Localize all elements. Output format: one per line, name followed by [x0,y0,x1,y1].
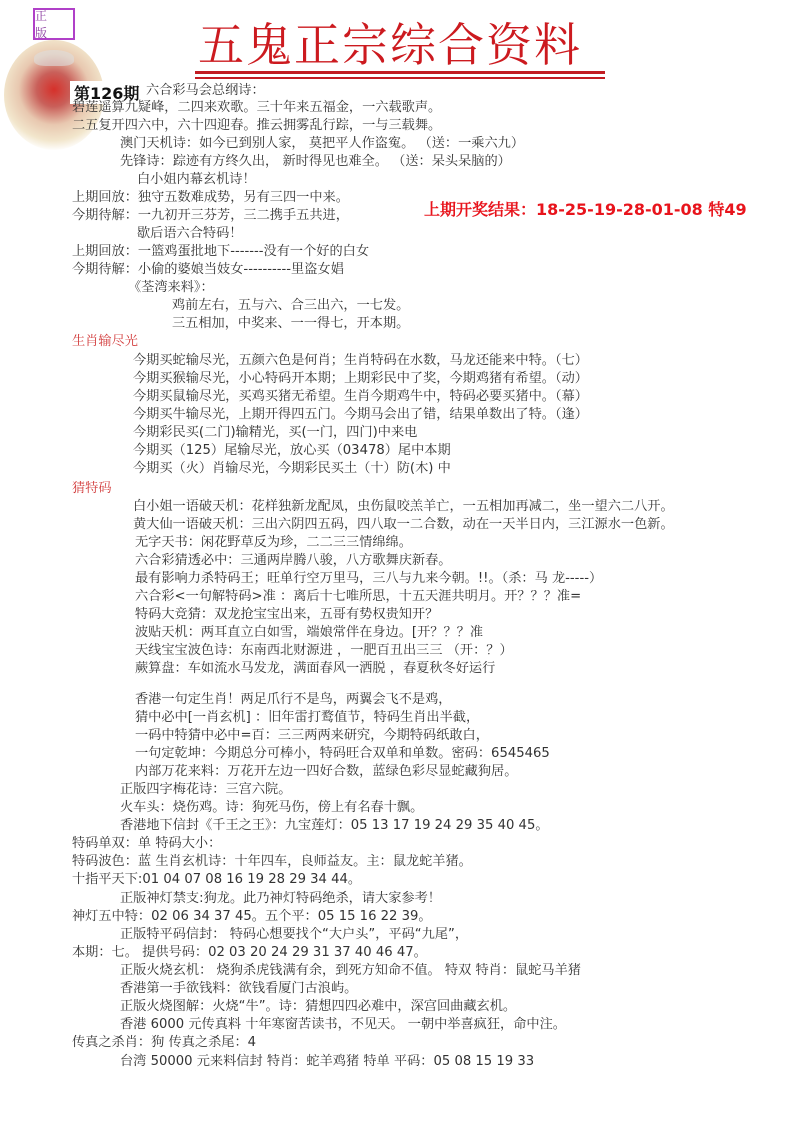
text-line: 最有影响力杀特码王；旺单行空万里马，三八与九来今朝。!!。（杀：马 龙-----… [135,570,602,588]
text-line: 十指平天下:01 04 07 08 16 19 28 29 34 44。 [72,871,361,889]
text-line: 一句定乾坤：今期总分可棒小，特码旺合双单和单数。密码：6545465 [135,745,550,763]
text-line: 今期彩民买(二门)输精光，买(一门，四门)中来电 [133,424,417,442]
title-underline [195,71,605,74]
text-line: 三五相加，中奖来、一一得七，开本期。 [172,315,409,333]
text-line: 六合彩马会总纲诗： [146,82,265,100]
text-line: 今期待解：一九初开三芬芳，三二携手五共进， [72,207,349,225]
text-line: 今期买（125）尾输尽光，放心买（03478）尾中本期 [133,442,451,460]
text-line: 今期待解：小偷的婆娘当妓女----------里盗女娼 [72,261,344,279]
text-line: 波贴天机：两耳直立白如雪，端娘常伴在身边。[开？？？准 [135,624,483,642]
text-line: 本期：七。 提供号码：02 03 20 24 29 31 37 40 46 47… [72,944,427,962]
text-line: 火车头：烧伤鸡。诗：狗死马伤，傍上有名春十飘。 [120,799,423,817]
title-underline-secondary [195,77,605,79]
text-line: 《荃湾来料》： [128,279,214,297]
text-line: 先锋诗：踪迹有方终久出， 新时得见也难全。 （送：呆头呆脑的） [120,153,511,171]
text-line: 六合彩<一句解特码>准 ：离后十七唯所思，十五天涯共明月。开？？？准= [135,588,581,606]
text-line: 澳门天机诗：如今已到别人家， 莫把平人作盗寃。 （送：一乘六九） [120,135,524,153]
section-heading: 猜特码 [72,480,112,498]
text-line: 香港一句定生肖！两足爪行不是鸟，两翼会飞不是鸡， [135,691,452,709]
text-line: 内部万花来料：万花开左边一四好合数，蓝绿色彩尽显蛇藏狗居。 [135,763,517,781]
text-line: 二五复开四六中，六十四迎春。推云拥雾乱行踪，一与三载舞。 [72,117,441,135]
text-line: 天线宝宝波色诗：东南西北财源进 ，一肥百丑出三三 （开：？） [135,642,513,660]
text-line: 白小姐一语破天机：花样独新龙配凤，虫伤鼠咬羔羊亡，一五相加再减二，坐一望六二八开… [133,498,674,516]
text-line: 无字天书：闲花野草反为珍，二二三三情绵绵。 [135,534,412,552]
portrait-detail [34,50,74,66]
text-line: 正版神灯禁支:狗龙。此乃神灯特码绝杀，请大家参考！ [120,890,441,908]
text-line: 香港地下信封《千王之王》：九宝莲灯：05 13 17 19 24 29 35 4… [120,817,549,835]
text-line: 今期买蛇输尽光，五颜六色是何肖；生肖特码在水数，马龙还能来中特。（七） [133,352,588,370]
text-line: 正版火烧图解：火烧“牛”。诗：猜想四四必难中，深宫回曲藏玄机。 [120,998,516,1016]
last-draw-result: 上期开奖结果：18-25-19-28-01-08 特49 [424,197,747,220]
text-line: 正版四字梅花诗：三宫六院。 [120,781,291,799]
text-line: 香港第一手欲钱料：欲钱看厦门古浪屿。 [120,980,357,998]
text-line: 碧莲遥算九疑峰，二四来欢歌。三十年来五福金，一六载歌声。 [72,99,441,117]
text-line: 台湾 50000 元来料信封 特肖：蛇羊鸡猪 特单 平码：05 08 15 19… [120,1053,534,1071]
text-line: 歇后语六合特码！ [137,225,243,243]
authentic-badge: 正 版 [33,8,75,40]
text-line: 特码波色：蓝 生肖玄机诗：十年四车，良师益友。主：鼠龙蛇羊猪。 [72,853,472,871]
text-line: 猜中必中[一肖玄机] ：旧年雷打鹜值节，特码生肖出半截， [135,709,479,727]
text-line: 一码中特猜中必中=百：三三两两来研究，今期特码纸敢白， [135,727,489,745]
text-line: 上期回放：独守五数难成势，另有三四一中来。 [72,189,349,207]
text-line: 正版特平码信封： 特码心想要找个“大户头”，平码“九尾”， [120,926,468,944]
page-title: 五鬼正宗综合资料 [198,20,582,70]
text-line: 白小姐内幕玄机诗！ [137,171,256,189]
text-line: 蕨算盘：车如流水马发龙，满面春风一洒脱 ，春夏秋冬好运行 [135,660,495,678]
text-line: 正版火烧玄机： 烧狗杀虎钱满有余，到死方知命不值。 特双 特肖：鼠蛇马羊猪 [120,962,581,980]
text-line: 神灯五中特：02 06 34 37 45。五个平：05 15 16 22 39。 [72,908,432,926]
section-heading: 生肖输尽光 [72,333,138,351]
text-line: 今期买猴输尽光，小心特码开本期；上期彩民中了奖，今期鸡猪有希望。（动） [133,370,588,388]
text-line: 上期回放：一篮鸡蛋批地下-------没有一个好的白女 [72,243,369,261]
text-line: 特码大竞猜：双龙抢宝宝出来，五哥有势权贵知开？ [135,606,438,624]
text-line: 黄大仙一语破天机：三出六阴四五码，四八取一二合数，动在一天半日内，三江源水一色新… [133,516,674,534]
text-line: 香港 6000 元传真料 十年寒窗苦读书，不见天。 一朝中举喜疯狂，命中注。 [120,1016,566,1034]
text-line: 今期买牛输尽光，上期开得四五门。今期马会出了错，结果单数出了特。（逢） [133,406,588,424]
text-line: 今期买鼠输尽光，买鸡买猪无希望。生肖今期鸡牛中，特码必要买猪中。（幕） [133,388,588,406]
text-line: 鸡前左右，五与六、合三出六，一七发。 [172,297,409,315]
text-line: 传真之杀肖：狗 传真之杀尾：4 [72,1034,256,1052]
text-line: 今期买（火）肖输尽光，今期彩民买土（十）防(木) 中 [133,460,451,478]
text-line: 特码单双：单 特码大小： [72,835,221,853]
text-line: 六合彩猜透必中：三通两岸腾八骏，八方歌舞庆新春。 [135,552,452,570]
